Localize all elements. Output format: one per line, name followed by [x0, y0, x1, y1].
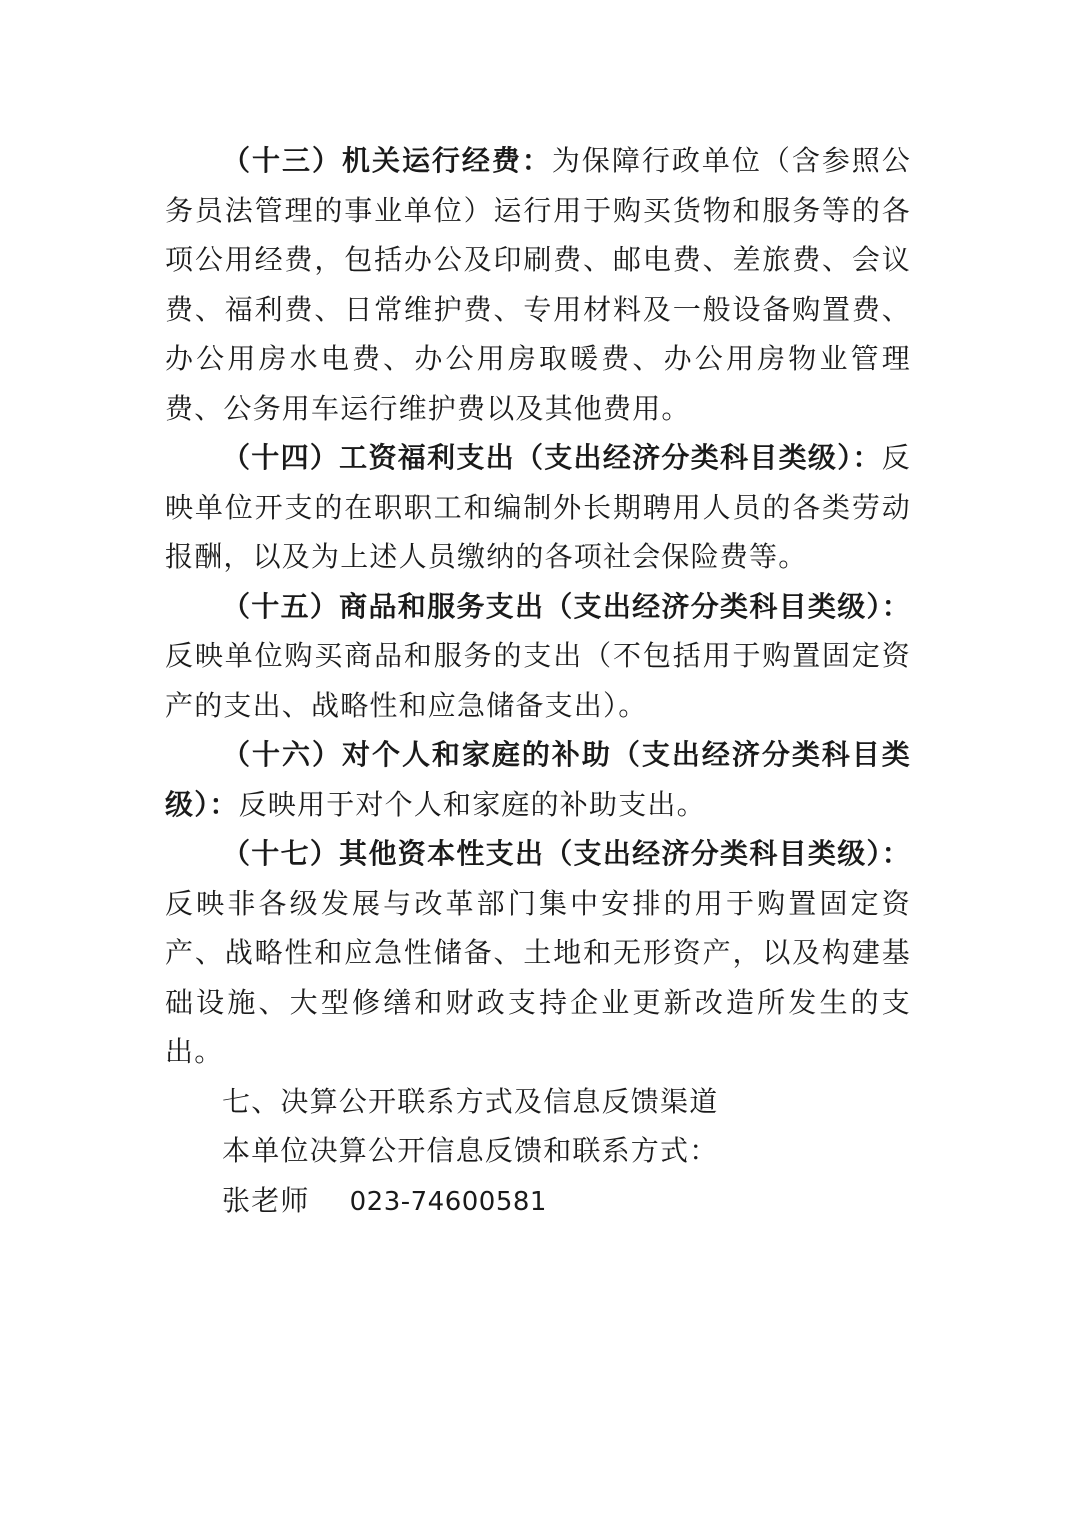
section-14-heading: （十四）工资福利支出（支出经济分类科目类级）： — [222, 441, 882, 474]
section-17-heading: （十七）其他资本性支出（支出经济分类科目类级）： — [222, 837, 911, 870]
section-15-body: 反映单位购买商品和服务的支出（不包括用于购置固定资产的支出、战略性和应急储备支出… — [165, 639, 911, 722]
paragraph-section-17: （十七）其他资本性支出（支出经济分类科目类级）：反映非各级发展与改革部门集中安排… — [165, 829, 911, 1077]
paragraph-section-14: （十四）工资福利支出（支出经济分类科目类级）：反映单位开支的在职职工和编制外长期… — [165, 433, 911, 582]
section-seven-title: 七、决算公开联系方式及信息反馈渠道 — [165, 1077, 911, 1127]
section-16-body: 反映用于对个人和家庭的补助支出。 — [239, 788, 706, 821]
contact-intro: 本单位决算公开信息反馈和联系方式： — [165, 1126, 911, 1176]
section-13-heading: （十三）机关运行经费： — [222, 144, 552, 177]
contact-line: 张老师023-74600581 — [165, 1176, 911, 1228]
contact-name: 张老师 — [222, 1184, 310, 1217]
paragraph-section-16: （十六）对个人和家庭的补助（支出经济分类科目类级）：反映用于对个人和家庭的补助支… — [165, 730, 911, 829]
contact-phone: 023-74600581 — [350, 1187, 547, 1217]
section-15-heading: （十五）商品和服务支出（支出经济分类科目类级）： — [222, 590, 911, 623]
paragraph-section-13: （十三）机关运行经费：为保障行政单位（含参照公务员法管理的事业单位）运行用于购买… — [165, 136, 911, 433]
section-17-body: 反映非各级发展与改革部门集中安排的用于购置固定资产、战略性和应急性储备、土地和无… — [165, 887, 911, 1069]
paragraph-section-15: （十五）商品和服务支出（支出经济分类科目类级）：反映单位购买商品和服务的支出（不… — [165, 582, 911, 731]
section-13-body: 为保障行政单位（含参照公务员法管理的事业单位）运行用于购买货物和服务等的各项公用… — [165, 144, 911, 425]
document-page: （十三）机关运行经费：为保障行政单位（含参照公务员法管理的事业单位）运行用于购买… — [165, 136, 911, 1227]
